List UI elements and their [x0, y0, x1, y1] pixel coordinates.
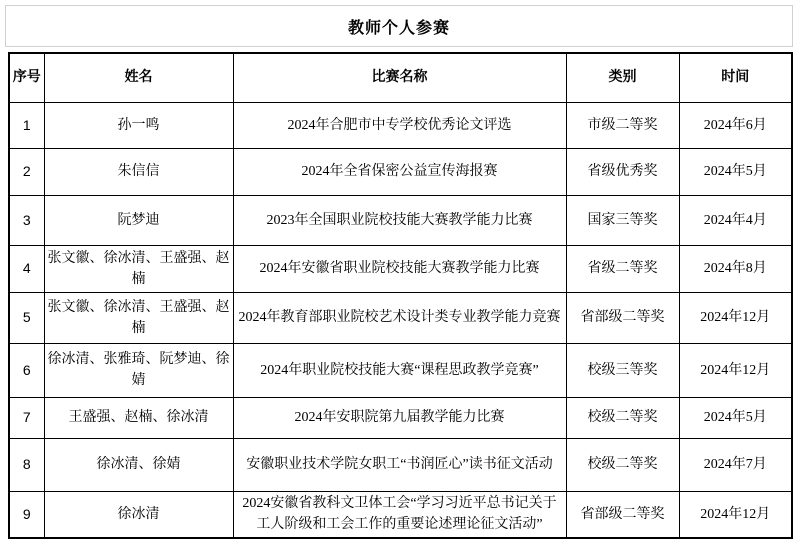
table-row: 9徐冰清2024安徽省教科文卫体工会“学习习近平总书记关于工人阶级和工会工作的重… — [9, 491, 792, 538]
cell-no: 1 — [9, 102, 44, 148]
cell-category: 市级二等奖 — [566, 102, 679, 148]
table-row: 1孙一鸣2024年合肥市中专学校优秀论文评选市级二等奖2024年6月 — [9, 102, 792, 148]
cell-no: 4 — [9, 245, 44, 292]
cell-time: 2024年7月 — [679, 438, 792, 491]
cell-competition: 2024年职业院校技能大赛“课程思政教学竞赛” — [233, 343, 566, 397]
cell-names: 徐冰清 — [44, 491, 233, 538]
header-cell-time: 时间 — [679, 53, 792, 102]
cell-names: 朱信信 — [44, 148, 233, 195]
cell-names: 徐冰清、张雅琦、阮梦迪、徐婧 — [44, 343, 233, 397]
table-row: 6徐冰清、张雅琦、阮梦迪、徐婧2024年职业院校技能大赛“课程思政教学竞赛”校级… — [9, 343, 792, 397]
cell-names: 阮梦迪 — [44, 195, 233, 245]
header-row: 序号姓名比赛名称类别时间 — [9, 53, 792, 102]
cell-category: 省级优秀奖 — [566, 148, 679, 195]
page-title: 教师个人参赛 — [348, 15, 450, 38]
cell-category: 省部级二等奖 — [566, 292, 679, 343]
header-cell-names: 姓名 — [44, 53, 233, 102]
cell-category: 校级三等奖 — [566, 343, 679, 397]
cell-names: 徐冰清、徐婧 — [44, 438, 233, 491]
cell-no: 8 — [9, 438, 44, 491]
cell-time: 2024年12月 — [679, 491, 792, 538]
cell-time: 2024年12月 — [679, 343, 792, 397]
cell-no: 3 — [9, 195, 44, 245]
cell-no: 7 — [9, 397, 44, 438]
cell-category: 校级二等奖 — [566, 438, 679, 491]
cell-names: 张文徽、徐冰清、王盛强、赵楠 — [44, 245, 233, 292]
cell-competition: 2024年安徽省职业院校技能大赛教学能力比赛 — [233, 245, 566, 292]
awards-table: 序号姓名比赛名称类别时间 1孙一鸣2024年合肥市中专学校优秀论文评选市级二等奖… — [8, 52, 793, 539]
table-body: 1孙一鸣2024年合肥市中专学校优秀论文评选市级二等奖2024年6月2朱信信20… — [9, 102, 792, 538]
header-cell-category: 类别 — [566, 53, 679, 102]
cell-competition: 2024年安职院第九届教学能力比赛 — [233, 397, 566, 438]
cell-no: 2 — [9, 148, 44, 195]
cell-names: 孙一鸣 — [44, 102, 233, 148]
header-cell-no: 序号 — [9, 53, 44, 102]
cell-competition: 2023年全国职业院校技能大赛教学能力比赛 — [233, 195, 566, 245]
cell-time: 2024年12月 — [679, 292, 792, 343]
cell-no: 6 — [9, 343, 44, 397]
cell-competition: 2024年教育部职业院校艺术设计类专业教学能力竞赛 — [233, 292, 566, 343]
cell-competition: 2024安徽省教科文卫体工会“学习习近平总书记关于工人阶级和工会工作的重要论述理… — [233, 491, 566, 538]
table-row: 5张文徽、徐冰清、王盛强、赵楠2024年教育部职业院校艺术设计类专业教学能力竞赛… — [9, 292, 792, 343]
table-row: 2朱信信2024年全省保密公益宣传海报赛省级优秀奖2024年5月 — [9, 148, 792, 195]
table-row: 8徐冰清、徐婧安徽职业技术学院女职工“书润匠心”读书征文活动校级二等奖2024年… — [9, 438, 792, 491]
table-title-box: 教师个人参赛 — [5, 5, 793, 47]
cell-no: 5 — [9, 292, 44, 343]
cell-time: 2024年6月 — [679, 102, 792, 148]
cell-time: 2024年5月 — [679, 148, 792, 195]
cell-names: 王盛强、赵楠、徐冰清 — [44, 397, 233, 438]
cell-names: 张文徽、徐冰清、王盛强、赵楠 — [44, 292, 233, 343]
cell-category: 省部级二等奖 — [566, 491, 679, 538]
cell-time: 2024年4月 — [679, 195, 792, 245]
cell-category: 校级二等奖 — [566, 397, 679, 438]
header-cell-competition: 比赛名称 — [233, 53, 566, 102]
table-row: 4张文徽、徐冰清、王盛强、赵楠2024年安徽省职业院校技能大赛教学能力比赛省级二… — [9, 245, 792, 292]
cell-competition: 安徽职业技术学院女职工“书润匠心”读书征文活动 — [233, 438, 566, 491]
cell-time: 2024年8月 — [679, 245, 792, 292]
cell-competition: 2024年合肥市中专学校优秀论文评选 — [233, 102, 566, 148]
table-row: 3阮梦迪2023年全国职业院校技能大赛教学能力比赛国家三等奖2024年4月 — [9, 195, 792, 245]
cell-competition: 2024年全省保密公益宣传海报赛 — [233, 148, 566, 195]
table-row: 7王盛强、赵楠、徐冰清2024年安职院第九届教学能力比赛校级二等奖2024年5月 — [9, 397, 792, 438]
cell-category: 国家三等奖 — [566, 195, 679, 245]
cell-no: 9 — [9, 491, 44, 538]
cell-category: 省级二等奖 — [566, 245, 679, 292]
cell-time: 2024年5月 — [679, 397, 792, 438]
